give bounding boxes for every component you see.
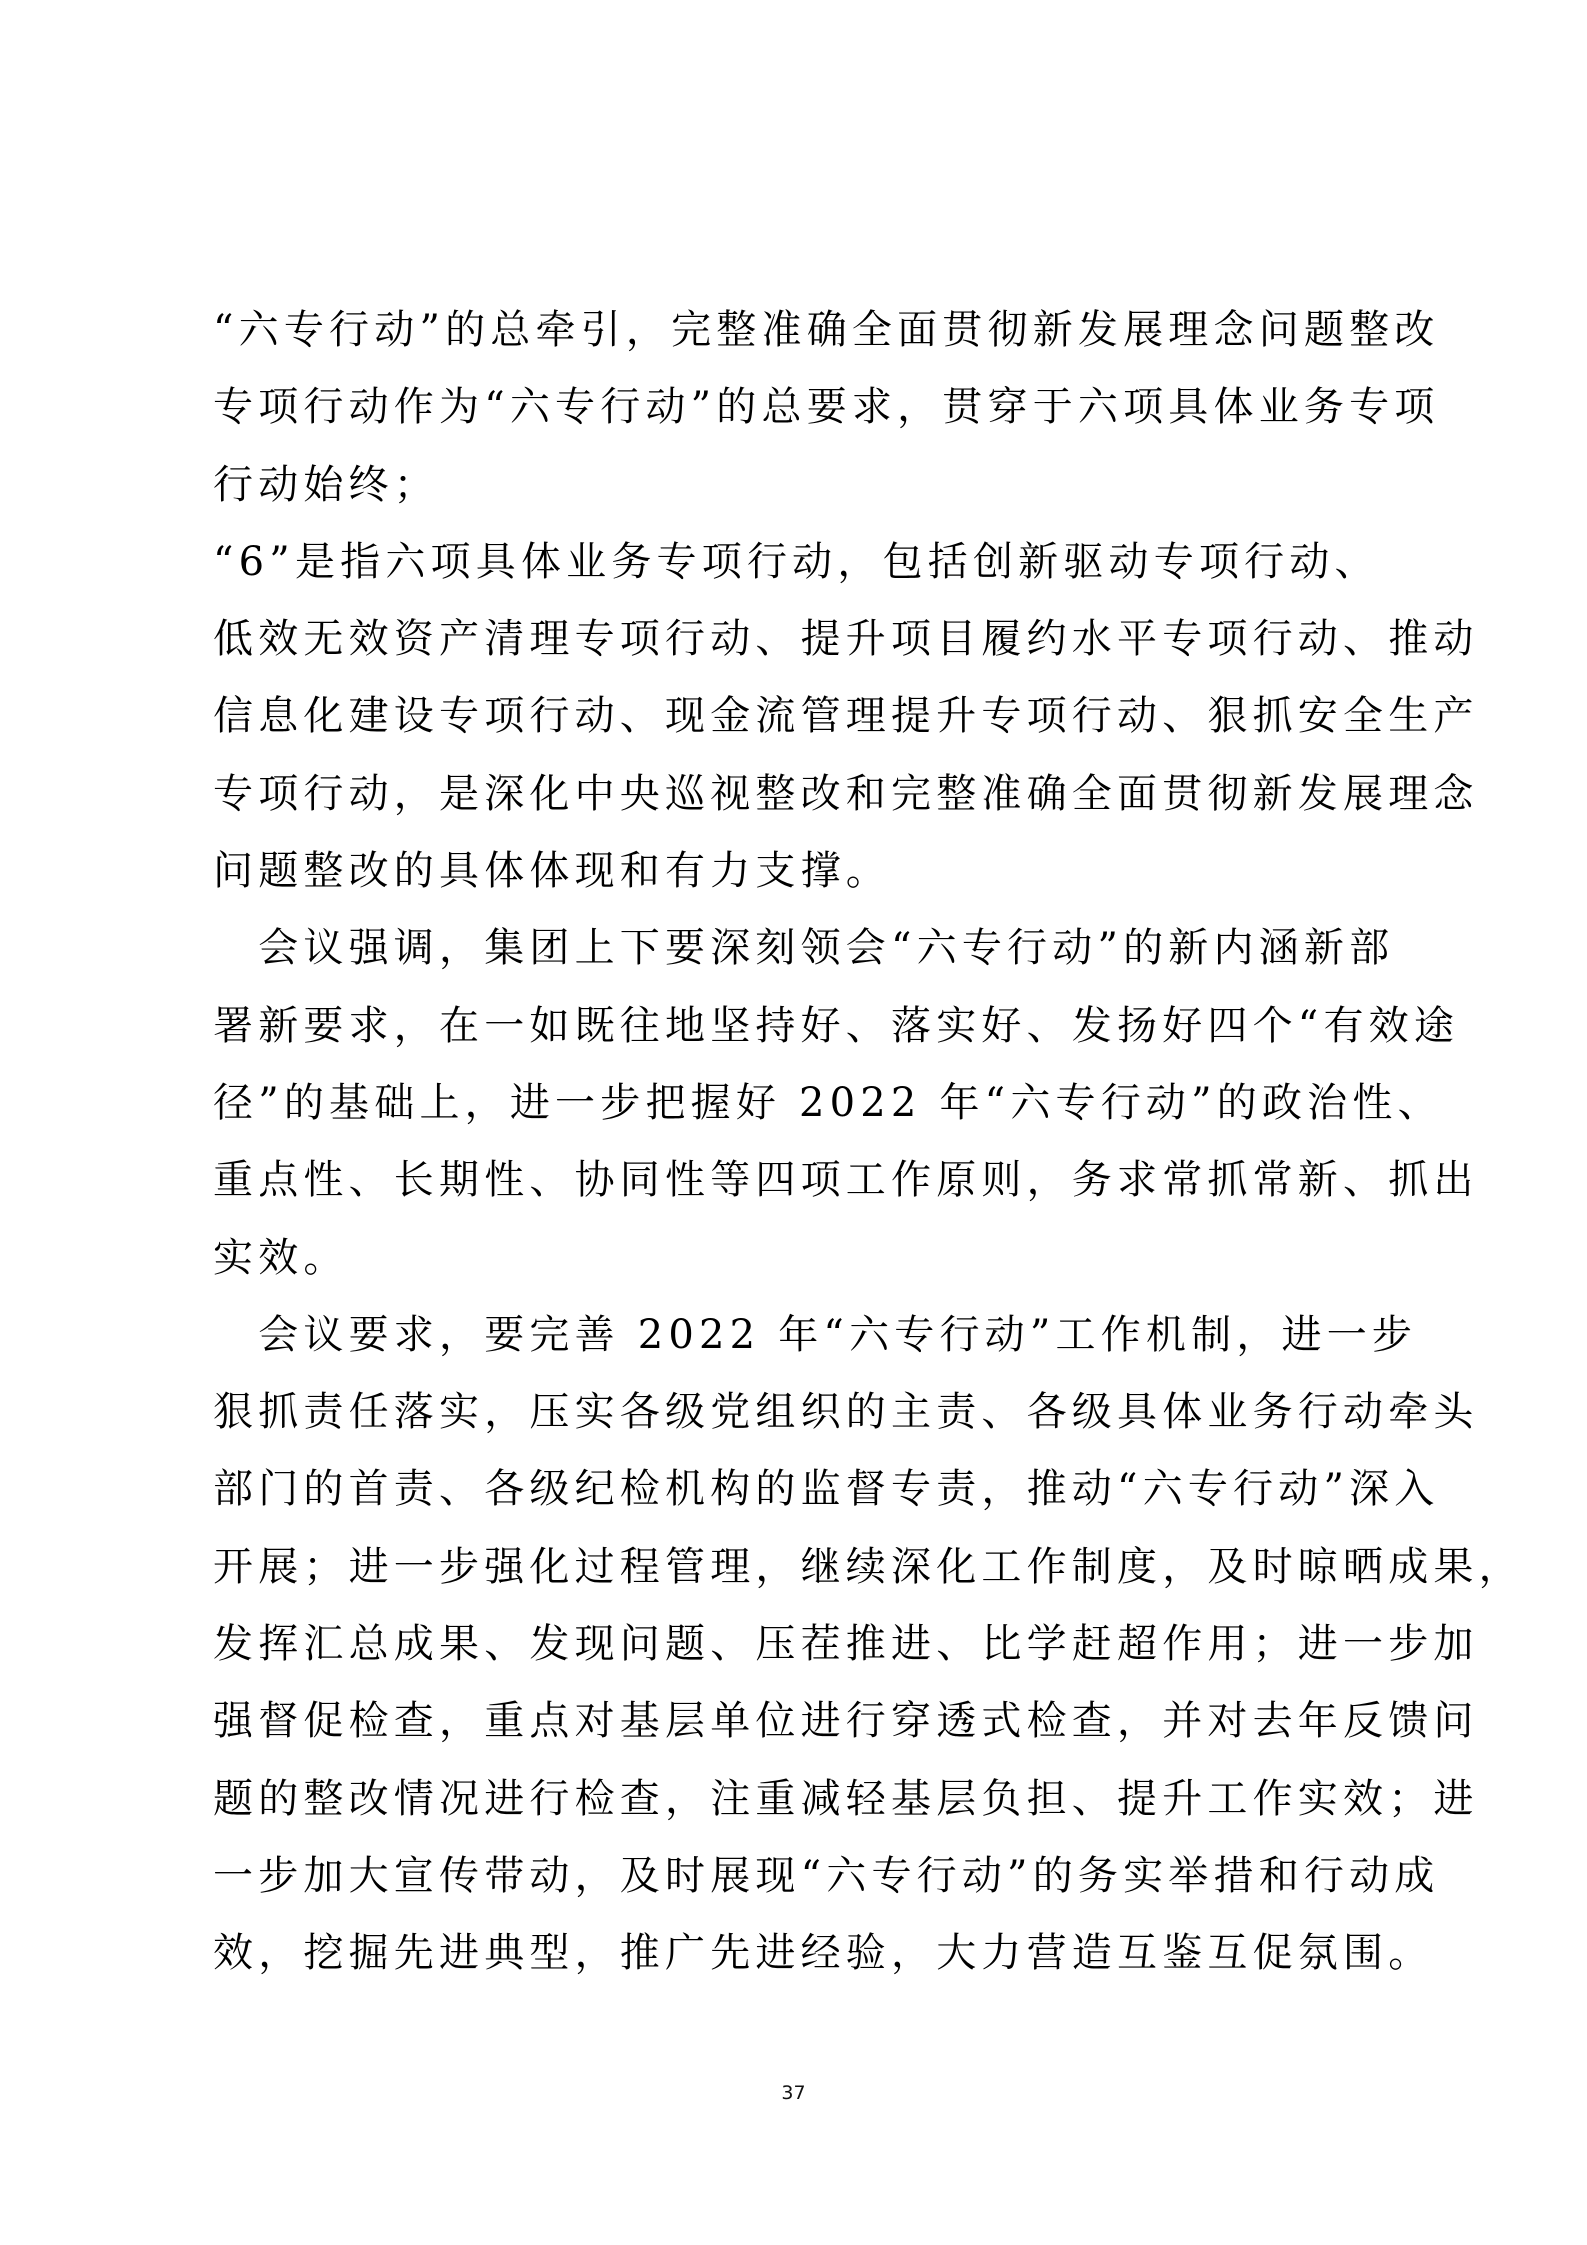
page-number: 37 — [0, 2082, 1587, 2104]
text-line: 专项行动作为“六专行动”的总要求，贯穿于六项具体业务专项 — [213, 369, 1388, 446]
text-line: 题的整改情况进行检查，注重减轻基层负担、提升工作实效；进 — [213, 1761, 1388, 1838]
text-line: 专项行动，是深化中央巡视整改和完整准确全面贯彻新发展理念 — [213, 756, 1388, 833]
text-line: 行动始终； — [213, 447, 1388, 524]
text-line: 低效无效资产清理专项行动、提升项目履约水平专项行动、推动 — [213, 601, 1388, 678]
text-line: 狠抓责任落实，压实各级党组织的主责、各级具体业务行动牵头 — [213, 1374, 1388, 1451]
body-text: “六专行动”的总牵引，完整准确全面贯彻新发展理念问题整改 专项行动作为“六专行动… — [213, 292, 1388, 1993]
text-line: 重点性、长期性、协同性等四项工作原则，务求常抓常新、抓出 — [213, 1142, 1388, 1219]
text-line: 一步加大宣传带动，及时展现“六专行动”的务实举措和行动成 — [213, 1838, 1388, 1915]
text-line: 部门的首责、各级纪检机构的监督专责，推动“六专行动”深入 — [213, 1451, 1388, 1528]
text-line: 强督促检查，重点对基层单位进行穿透式检查，并对去年反馈问 — [213, 1683, 1388, 1760]
text-line: 会议强调，集团上下要深刻领会“六专行动”的新内涵新部 — [213, 910, 1388, 987]
text-line: 问题整改的具体体现和有力支撑。 — [213, 833, 1388, 910]
text-line: 发挥汇总成果、发现问题、压茬推进、比学赶超作用；进一步加 — [213, 1606, 1388, 1683]
text-line: 署新要求，在一如既往地坚持好、落实好、发扬好四个“有效途 — [213, 988, 1388, 1065]
text-line: 实效。 — [213, 1220, 1388, 1297]
text-line: “6”是指六项具体业务专项行动，包括创新驱动专项行动、 — [213, 524, 1388, 601]
text-line: 开展；进一步强化过程管理，继续深化工作制度，及时晾晒成果， — [213, 1529, 1388, 1606]
text-line: 径”的基础上，进一步把握好 2022 年“六专行动”的政治性、 — [213, 1065, 1388, 1142]
text-line: 信息化建设专项行动、现金流管理提升专项行动、狠抓安全生产 — [213, 678, 1388, 755]
document-page: “六专行动”的总牵引，完整准确全面贯彻新发展理念问题整改 专项行动作为“六专行动… — [0, 0, 1587, 2245]
text-line: 会议要求，要完善 2022 年“六专行动”工作机制，进一步 — [213, 1297, 1388, 1374]
text-line: “六专行动”的总牵引，完整准确全面贯彻新发展理念问题整改 — [213, 292, 1388, 369]
text-line: 效，挖掘先进典型，推广先进经验，大力营造互鉴互促氛围。 — [213, 1915, 1388, 1992]
